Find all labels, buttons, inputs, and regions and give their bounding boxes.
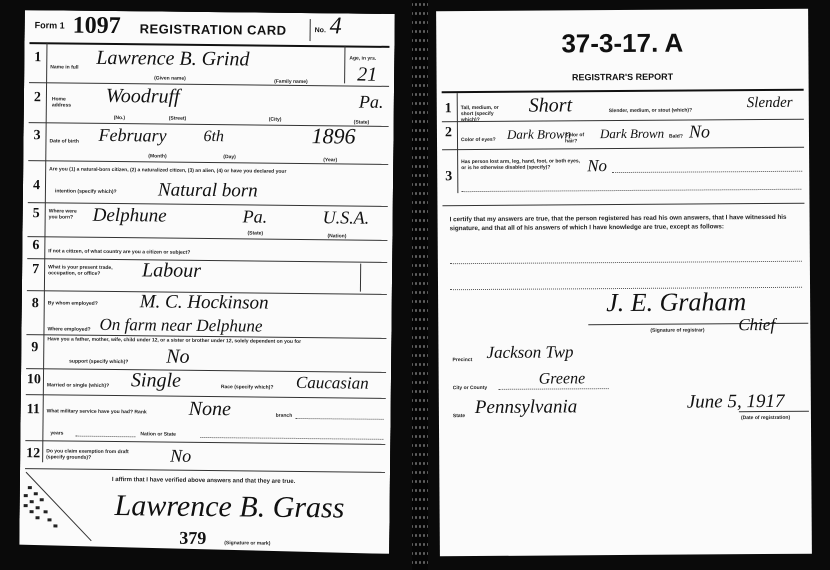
form-label: Form 1 — [35, 20, 65, 30]
field-number: 7 — [32, 262, 39, 278]
bald-label: Bald? — [669, 134, 683, 140]
age-value: 21 — [357, 64, 377, 87]
military-label: What military service have you had? Rank — [47, 408, 147, 415]
citizenship-question: Are you (1) a natural-born citizen, (2) … — [49, 166, 389, 176]
report-code: 37-3-17. A — [436, 27, 808, 61]
sub-caption: (Street) — [169, 116, 187, 122]
date-caption: (Date of registration) — [741, 415, 790, 421]
employer-label: By whom employed? — [48, 300, 98, 307]
card-number: 4 — [330, 13, 342, 40]
hair-color-value: Dark Brown — [600, 126, 664, 142]
employer-value: M. C. Hockinson — [140, 291, 269, 314]
build-value: Slender — [747, 95, 793, 112]
county-label: City or County — [453, 385, 487, 391]
field-number: 10 — [27, 372, 41, 388]
precinct-value: Jackson Twp — [486, 342, 573, 363]
foreign-citizen-question: If not a citizen, of what country are yo… — [48, 248, 190, 255]
report-title: REGISTRAR'S REPORT — [437, 71, 809, 84]
bald-value: No — [689, 121, 710, 142]
citizenship-value: Natural born — [158, 179, 258, 202]
disability-label: Has person lost arm, leg, hand, foot, or… — [461, 158, 581, 171]
sub-caption: (State) — [247, 230, 263, 236]
dob-month: February — [98, 125, 166, 147]
field-number: 11 — [27, 402, 40, 418]
sub-caption: (No.) — [114, 115, 125, 121]
certification-text: I certify that my answers are true, that… — [450, 213, 800, 233]
card-title: REGISTRATION CARD — [140, 21, 287, 38]
birthplace-label: Where were you born? — [49, 208, 81, 220]
birthplace-town: Delphune — [93, 205, 167, 228]
dob-day: 6th — [203, 128, 224, 146]
marital-value: Single — [131, 369, 181, 393]
place-employed-value: On farm near Delphune — [99, 315, 262, 337]
sub-caption: (City) — [269, 117, 282, 123]
occupation-label: What is your present trade, occupation, … — [48, 264, 118, 277]
field-number: 2 — [445, 125, 452, 141]
field-number: 8 — [32, 296, 39, 312]
age-label: Age, in yrs. — [349, 55, 389, 61]
registrars-report-card: 37-3-17. A REGISTRAR'S REPORT 1 Tall, me… — [436, 9, 812, 557]
county-value: Greene — [539, 370, 586, 388]
state-value: Pennsylvania — [475, 396, 578, 419]
hair-color-label: Color of hair? — [565, 132, 595, 144]
name-value: Lawrence B. Grind — [96, 47, 249, 72]
exemption-value: No — [170, 446, 191, 467]
build-label: Slender, medium, or stout (which)? — [609, 108, 692, 115]
field-number: 1 — [34, 50, 41, 66]
field-number: 5 — [33, 206, 40, 222]
home-address-label: Home address — [52, 96, 78, 108]
dependents-question-2: support (specify which)? — [69, 359, 128, 366]
precinct-label: Precinct — [453, 357, 473, 363]
registrar-title: Chief — [738, 315, 775, 335]
occupation-value: Labour — [142, 259, 201, 283]
birthplace-state: Pa. — [243, 206, 268, 227]
race-value: Caucasian — [296, 373, 369, 394]
field-number: 6 — [32, 238, 39, 254]
corner-instruction — [19, 468, 100, 544]
affirmation-text: I affirm that I have verified above answ… — [112, 477, 295, 485]
state-label: State — [453, 413, 465, 419]
branch-label: branch — [276, 413, 293, 419]
birthplace-nation: U.S.A. — [323, 207, 370, 228]
field-number: 4 — [33, 178, 40, 194]
dependents-value: No — [166, 346, 190, 369]
signature-caption: (Signature or mark) — [224, 540, 270, 546]
eye-color-value: Dark Brown — [507, 126, 571, 142]
home-address-value: Woodruff — [106, 85, 180, 109]
field-number: 12 — [26, 446, 40, 462]
sub-caption: (Day) — [223, 154, 236, 160]
dob-label: Date of birth — [49, 138, 79, 144]
name-label: Name in full — [50, 64, 78, 70]
home-state-value: Pa. — [359, 92, 384, 113]
dob-year: 1896 — [311, 123, 355, 149]
field-number: 9 — [31, 340, 38, 356]
years-label: years — [50, 430, 63, 436]
field-number: 3 — [33, 128, 40, 144]
registration-card: Form 1 1097 REGISTRATION CARD No. 4 1 Na… — [19, 10, 395, 554]
race-label: Race (specify which)? — [221, 384, 274, 391]
no-label: No. — [315, 27, 326, 34]
nation-state-label: Nation or State — [140, 431, 176, 437]
height-value: Short — [529, 94, 573, 117]
registrar-signature: J. E. Graham — [606, 287, 746, 318]
field-number: 1 — [445, 101, 452, 117]
field-number: 2 — [34, 90, 41, 106]
sub-caption: (Month) — [148, 153, 166, 159]
eye-color-label: Color of eyes? — [461, 137, 496, 143]
serial-number: 1097 — [73, 13, 121, 41]
stamp-number: 379 — [179, 528, 206, 549]
binding-gutter — [412, 0, 428, 570]
registrant-signature: Lawrence B. Grass — [114, 489, 344, 525]
military-rank-value: None — [189, 398, 231, 421]
sub-caption: (Given name) — [154, 75, 186, 81]
registrar-caption: (Signature of registrar) — [650, 327, 704, 333]
marital-label: Married or single (which)? — [47, 382, 109, 389]
field-number: 3 — [445, 169, 452, 185]
exemption-label: Do you claim exemption from draft (speci… — [46, 448, 131, 461]
disability-value: No — [587, 156, 607, 176]
place-employed-label: Where employed? — [47, 326, 90, 332]
citizenship-question-2: intention (specify which)? — [55, 188, 117, 195]
